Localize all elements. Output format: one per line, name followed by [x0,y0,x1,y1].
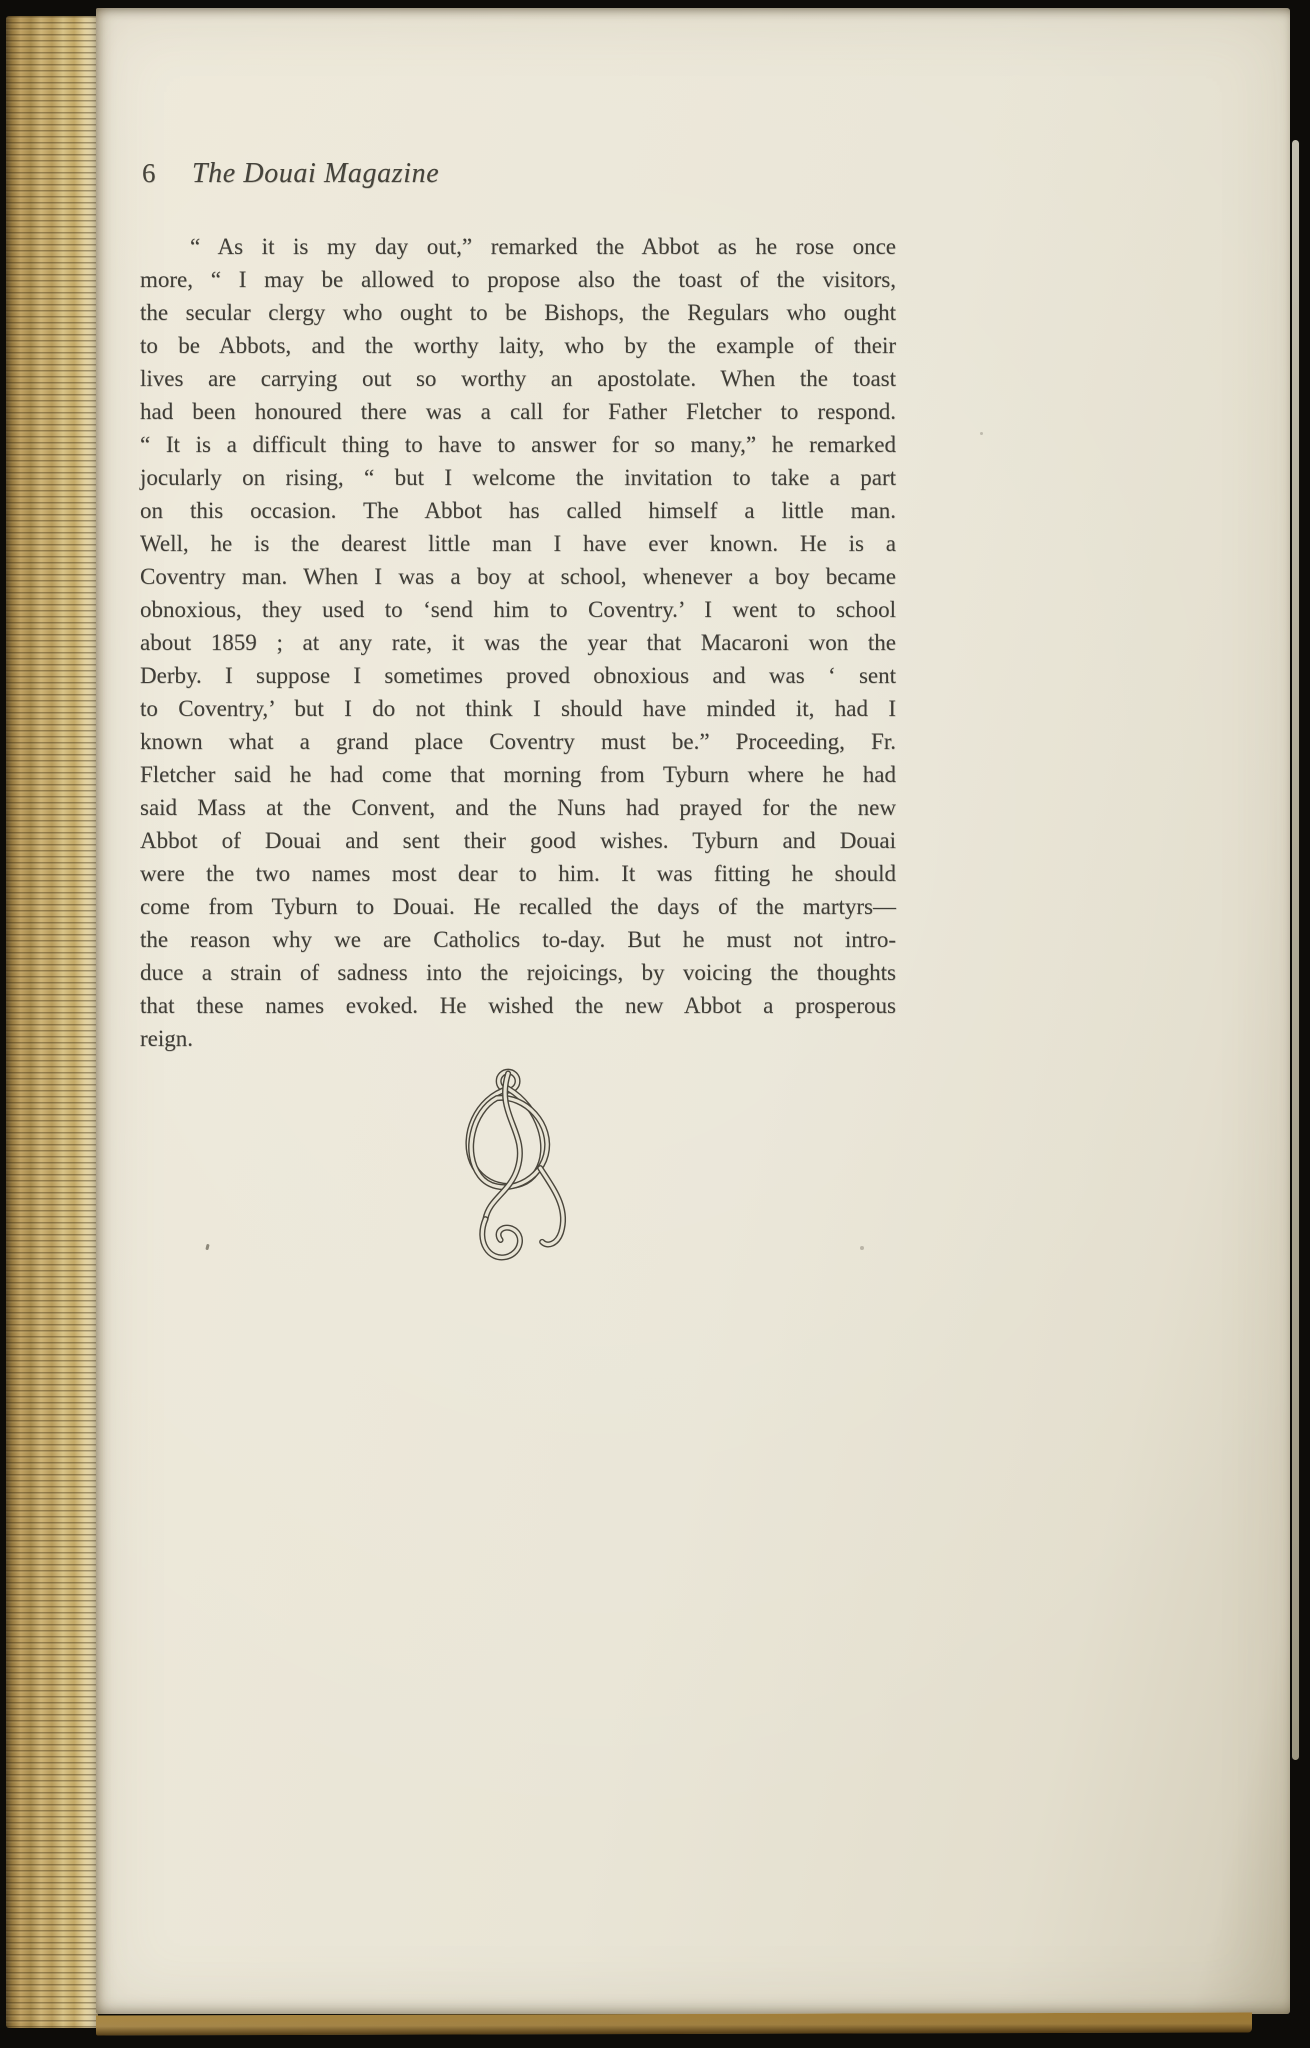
celtic-knot-ornament-icon [434,1066,586,1274]
text-line: had been honoured there was a call for F… [140,395,896,428]
text-line: Well, he is the dearest little man I hav… [140,527,896,560]
page-stack-edge-bottom [96,2012,1252,2035]
magazine-page: 6 The Douai Magazine “ As it is my day o… [96,8,1290,2014]
text-line: jocularly on rising, “ but I welcome the… [140,461,896,494]
text-line: “ As it is my day out,” remarked the Abb… [140,230,896,263]
text-line: Coventry man. When I was a boy at school… [140,560,896,593]
text-line: more, “ I may be allowed to propose also… [140,263,896,296]
text-line: on this occasion. The Abbot has called h… [140,494,896,527]
text-line: said Mass at the Convent, and the Nuns h… [140,791,896,824]
text-line: Abbot of Douai and sent their good wishe… [140,824,896,857]
text-line: reign. [140,1022,896,1055]
text-line: to be Abbots, and the worthy laity, who … [140,329,896,362]
text-line: obnoxious, they used to ‘send him to Cov… [140,593,896,626]
article-paragraph: “ As it is my day out,” remarked the Abb… [140,230,896,1055]
text-line: about 1859 ; at any rate, it was the yea… [140,626,896,659]
page-number: 6 [142,158,156,189]
text-line: “ It is a difficult thing to have to ans… [140,428,896,461]
scan-speck [980,432,983,435]
text-line: to Coventry,’ but I do not think I shoul… [140,692,896,725]
text-line: Fletcher said he had come that morning f… [140,758,896,791]
text-line: that these names evoked. He wished the n… [140,989,896,1022]
text-line: duce a strain of sadness into the rejoic… [140,956,896,989]
adjacent-page-edge [1292,140,1299,1760]
text-line: the secular clergy who ought to be Bisho… [140,296,896,329]
text-line: known what a grand place Coventry must b… [140,725,896,758]
scan-speck [860,1246,864,1250]
scan-speck [205,1244,209,1251]
scanned-book-photo: 6 The Douai Magazine “ As it is my day o… [0,0,1310,2048]
text-line: Derby. I suppose I sometimes proved obno… [140,659,896,692]
text-line: come from Tyburn to Douai. He recalled t… [140,890,896,923]
running-title: The Douai Magazine [192,158,439,190]
text-line: were the two names most dear to him. It … [140,857,896,890]
page-header: 6 The Douai Magazine [142,158,439,190]
text-line: lives are carrying out so worthy an apos… [140,362,896,395]
page-stack-edge-left [6,16,98,2028]
text-line: the reason why we are Catholics to-day. … [140,923,896,956]
